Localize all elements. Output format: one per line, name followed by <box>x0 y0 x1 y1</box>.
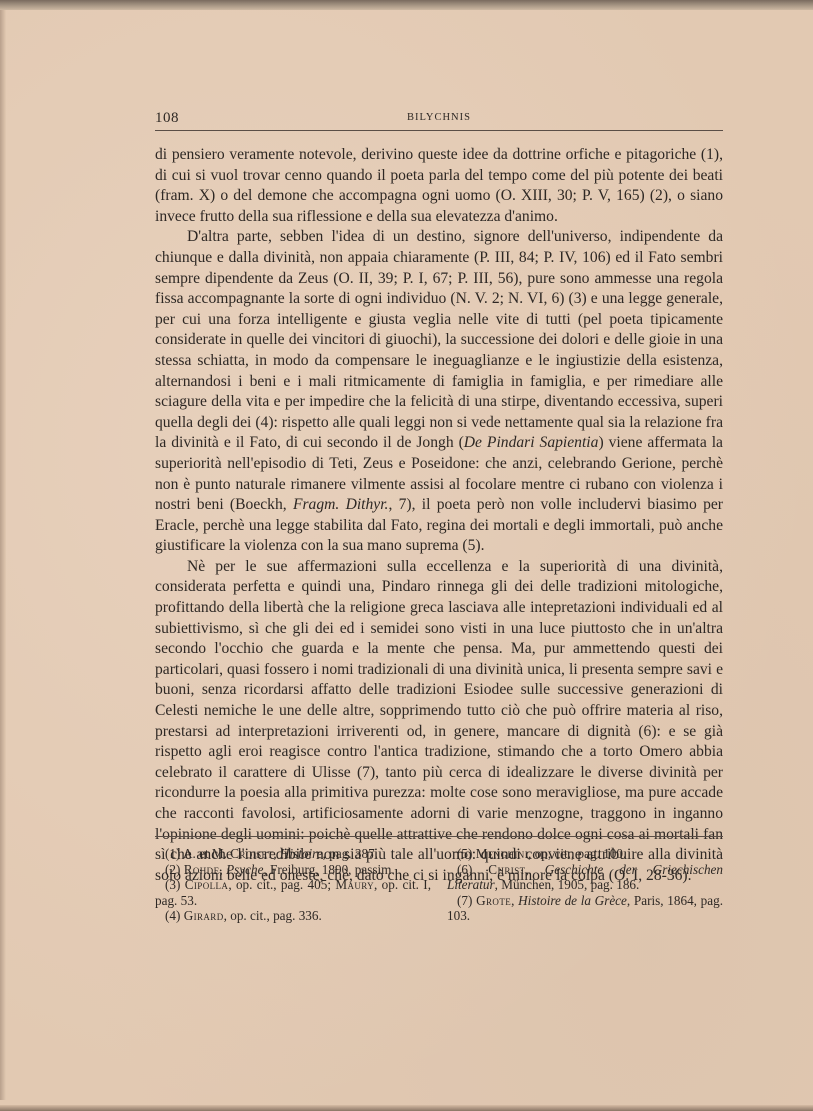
text-run: (6) <box>457 862 488 877</box>
text-run: , op. cit., pag. 405; <box>228 877 335 892</box>
author-name: Christ <box>488 862 525 877</box>
italic-title: Histoire <box>280 846 323 861</box>
author-name: Grote <box>476 893 511 908</box>
journal-title: BILYCHNIS <box>155 112 723 123</box>
paragraph: D'altra parte, sebben l'idea di un desti… <box>155 227 723 557</box>
footnote: (2) Rohde, Psyche, Freiburg, 1890, passi… <box>155 862 431 878</box>
footnotes: (1) A. et M. Croiset, Histoire, pag. 387… <box>155 846 723 924</box>
footnote: (6) Christ, Geschichte der Griechischen … <box>447 862 723 893</box>
paragraph: di pensiero veramente notevole, derivino… <box>155 145 723 227</box>
footnote: (5) Menghini, op, cit., pag. 100. <box>447 846 723 862</box>
text-run: , München, 1905, pag. 186. <box>495 877 640 892</box>
text-run: (3) <box>165 877 185 892</box>
italic-title: Psyche <box>226 862 263 877</box>
footnote: (4) Girard, op. cit., pag. 336. <box>155 908 431 924</box>
author-name: Rohde <box>184 862 220 877</box>
text-run: , <box>273 846 280 861</box>
text-run: (7) <box>457 893 476 908</box>
text-run: , <box>526 862 545 877</box>
author-name: Croiset <box>230 846 273 861</box>
text-run: Nè per le sue affermazioni sulla eccelle… <box>155 558 723 884</box>
text-run: (5) <box>457 846 476 861</box>
footnotes-right-column: (5) Menghini, op, cit., pag. 100.(6) Chr… <box>447 846 723 924</box>
author-name: Menghini <box>476 846 528 861</box>
footnote: (3) Cipolla, op. cit., pag. 405; Maury, … <box>155 877 431 908</box>
text-run: (4) <box>165 908 184 923</box>
italic-title: Histoire de la Grèce <box>518 893 627 908</box>
header-rule <box>155 130 723 131</box>
text-run: di pensiero veramente notevole, derivino… <box>155 146 723 225</box>
text-run: (2) <box>165 862 184 877</box>
author-name: Maury <box>335 877 374 892</box>
footnotes-left-column: (1) A. et M. Croiset, Histoire, pag. 387… <box>155 846 431 924</box>
text-run: , op, cit., pag. 100. <box>528 846 626 861</box>
page-edge-bottom <box>0 1105 813 1111</box>
running-head: 108 BILYCHNIS <box>155 110 723 130</box>
italic-title: Fragm. Dithyr. <box>293 496 389 513</box>
text-run: , op. cit., pag. 336. <box>224 908 322 923</box>
page-edge-top <box>0 0 813 10</box>
footnote: (1) A. et M. Croiset, Histoire, pag. 387… <box>155 846 431 862</box>
author-name: Cipolla <box>185 877 229 892</box>
footnote: (7) Grote, Histoire de la Grèce, Paris, … <box>447 893 723 924</box>
body-text: di pensiero veramente notevole, derivino… <box>155 145 723 886</box>
text-run: (1) A. et M. <box>165 846 230 861</box>
author-name: Girard <box>184 908 224 923</box>
text-run: , Freiburg, 1890, passim. <box>263 862 394 877</box>
text-run: , pag. 387. <box>323 846 378 861</box>
italic-title: De Pindari Sapientia <box>464 434 599 451</box>
text-run: D'altra parte, sebben l'idea di un desti… <box>155 228 723 451</box>
page-edge-left <box>0 10 6 1100</box>
footnote-rule <box>155 836 723 837</box>
